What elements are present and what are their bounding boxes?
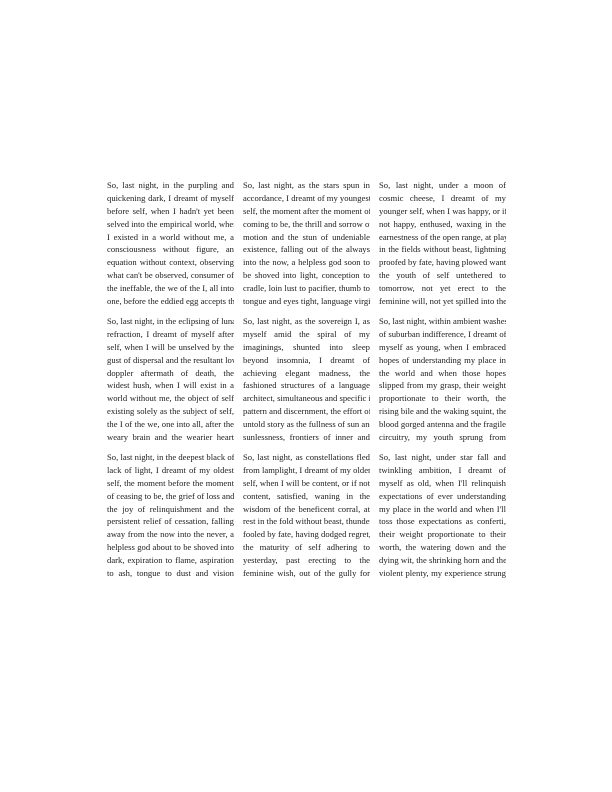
text-line: weary brain and the wearier heart: [107, 431, 234, 444]
text-line: slipped from my grasp, their weight: [379, 379, 506, 392]
text-line: feminine will, not yet spilled into the: [379, 295, 506, 308]
text-line: cosmic cheese, I dreamt of my: [379, 192, 506, 205]
text-line: selved into the empirical world, when: [107, 218, 234, 231]
text-line: the ineffable, the we of the I, all into: [107, 282, 234, 295]
text-line: self, when I will be content, or if not: [243, 477, 370, 490]
text-line: be shoved into light, conception to: [243, 269, 370, 282]
text-line: fashioned structures of a language: [243, 379, 370, 392]
text-line: feminine wish, out of the gully for: [243, 567, 370, 580]
paragraph-col2-row2: So, last night, as the sovereign I, asmy…: [243, 315, 370, 444]
text-line: dark, expiration to flame, aspiration: [107, 554, 234, 567]
text-line: So, last night, in the purpling and: [107, 179, 234, 192]
text-line: the youth of self untethered to: [379, 269, 506, 282]
text-line: cradle, loin lust to pacifier, thumb to: [243, 282, 370, 295]
text-line: away from the now into the never, a: [107, 528, 234, 541]
text-line: the joy of relinquishment and the: [107, 503, 234, 516]
text-line: what can't be observed, consumer of: [107, 269, 234, 282]
text-line: into the now, a helpless god soon to: [243, 256, 370, 269]
text-line: sunlessness, frontiers of inner and: [243, 431, 370, 444]
text-line: violent plenty, my experience strung: [379, 567, 506, 580]
text-line: to ash, tongue to dust and vision: [107, 567, 234, 580]
text-line: So, last night, as the stars spun in: [243, 179, 370, 192]
text-line: self, when I will be unselved by the: [107, 341, 234, 354]
text-line: dying wit, the shrinking horn and the: [379, 554, 506, 567]
text-line: myself amid the spiral of my: [243, 328, 370, 341]
text-line: proofed by fate, having plowed want,: [379, 256, 506, 269]
text-line: worth, the watering down and the: [379, 541, 506, 554]
text-line: one, before the eddied egg accepts the: [107, 295, 234, 308]
paragraph-col1-row1: So, last night, in the purpling andquick…: [107, 179, 234, 308]
text-line: the I of the we, one into all, after the: [107, 418, 234, 431]
text-line: architect, simultaneous and specific in: [243, 392, 370, 405]
text-line: in the fields without beast, lightning: [379, 243, 506, 256]
text-line: younger self, when I was happy, or if: [379, 205, 506, 218]
text-line: So, last night, in the eclipsing of luna…: [107, 315, 234, 328]
text-line: myself as young, when I embraced: [379, 341, 506, 354]
text-line: tongue and eyes tight, language virgin: [243, 295, 370, 308]
text-line: accordance, I dreamt of my youngest: [243, 192, 370, 205]
text-line: self, the moment before the moment: [107, 477, 234, 490]
text-line: doppler aftermath of death, the: [107, 367, 234, 380]
paragraph-col3-row3: So, last night, under star fall andtwink…: [379, 451, 506, 580]
text-line: myself as old, when I'll relinquish: [379, 477, 506, 490]
text-line: before self, when I hadn't yet been: [107, 205, 234, 218]
text-line: content, satisfied, waning in the: [243, 490, 370, 503]
text-line: of ceasing to be, the grief of loss and: [107, 490, 234, 503]
text-line: toss those expectations as conferti,: [379, 515, 506, 528]
paragraph-col2-row3: So, last night, as constellations fledfr…: [243, 451, 370, 580]
text-line: So, last night, in the deepest black of: [107, 451, 234, 464]
text-line: hopes of understanding my place in: [379, 354, 506, 367]
text-line: imaginings, shunted into sleep: [243, 341, 370, 354]
text-grid: So, last night, in the purpling andquick…: [107, 179, 506, 580]
text-line: refraction, I dreamt of myself after: [107, 328, 234, 341]
text-line: fooled by fate, having dodged regret,: [243, 528, 370, 541]
text-line: beyond insomnia, I dreamt of: [243, 354, 370, 367]
text-line: coming to be, the thrill and sorrow of: [243, 218, 370, 231]
text-line: circuitry, my youth sprung from: [379, 431, 506, 444]
paragraph-col2-row1: So, last night, as the stars spun inacco…: [243, 179, 370, 308]
text-line: existing solely as the subject of self,: [107, 405, 234, 418]
paragraph-col3-row1: So, last night, under a moon ofcosmic ch…: [379, 179, 506, 308]
text-line: lack of light, I dreamt of my oldest: [107, 464, 234, 477]
text-line: So, last night, as constellations fled: [243, 451, 370, 464]
text-line: rest in the fold without beast, thunder: [243, 515, 370, 528]
text-line: quickening dark, I dreamt of myself: [107, 192, 234, 205]
text-line: I existed in a world without me, a: [107, 231, 234, 244]
text-line: consciousness without figure, an: [107, 243, 234, 256]
text-line: equation without context, observing: [107, 256, 234, 269]
text-line: proportionate to their worth, the: [379, 392, 506, 405]
text-line: achieving elegant madness, the: [243, 367, 370, 380]
text-line: existence, falling out of the always: [243, 243, 370, 256]
text-line: the world and when those hopes: [379, 367, 506, 380]
text-line: blood gorged antenna and the fragile: [379, 418, 506, 431]
text-line: earnestness of the open range, at play: [379, 231, 506, 244]
text-line: twinkling ambition, I dreamt of: [379, 464, 506, 477]
text-line: of suburban indifference, I dreamt of: [379, 328, 506, 341]
text-line: self, the moment after the moment of: [243, 205, 370, 218]
text-line: their weight proportionate to their: [379, 528, 506, 541]
text-line: So, last night, as the sovereign I, as: [243, 315, 370, 328]
text-line: So, last night, within ambient washes: [379, 315, 506, 328]
text-line: world without me, the object of self: [107, 392, 234, 405]
text-line: from lamplight, I dreamt of my older: [243, 464, 370, 477]
paragraph-col3-row2: So, last night, within ambient washesof …: [379, 315, 506, 444]
text-line: helpless god about to be shoved into: [107, 541, 234, 554]
text-line: motion and the stun of undeniable: [243, 231, 370, 244]
text-line: untold story as the fullness of sun and: [243, 418, 370, 431]
text-line: pattern and discernment, the effort of: [243, 405, 370, 418]
text-line: yesterday, past erecting to the: [243, 554, 370, 567]
text-line: So, last night, under a moon of: [379, 179, 506, 192]
text-line: rising bile and the waking squint, the: [379, 405, 506, 418]
text-line: expectations of ever understanding: [379, 490, 506, 503]
paragraph-col1-row3: So, last night, in the deepest black ofl…: [107, 451, 234, 580]
text-line: widest hush, when I will exist in a: [107, 379, 234, 392]
text-line: persistent relief of cessation, falling: [107, 515, 234, 528]
document-page: So, last night, in the purpling andquick…: [0, 0, 612, 792]
paragraph-col1-row2: So, last night, in the eclipsing of luna…: [107, 315, 234, 444]
text-line: tomorrow, not yet erect to the: [379, 282, 506, 295]
text-line: So, last night, under star fall and: [379, 451, 506, 464]
text-line: gust of dispersal and the resultant low: [107, 354, 234, 367]
text-line: wisdom of the beneficent corral, at: [243, 503, 370, 516]
text-line: my place in the world and when I'll: [379, 503, 506, 516]
text-line: the maturity of self adhering to: [243, 541, 370, 554]
text-line: not happy, enthused, waxing in the: [379, 218, 506, 231]
